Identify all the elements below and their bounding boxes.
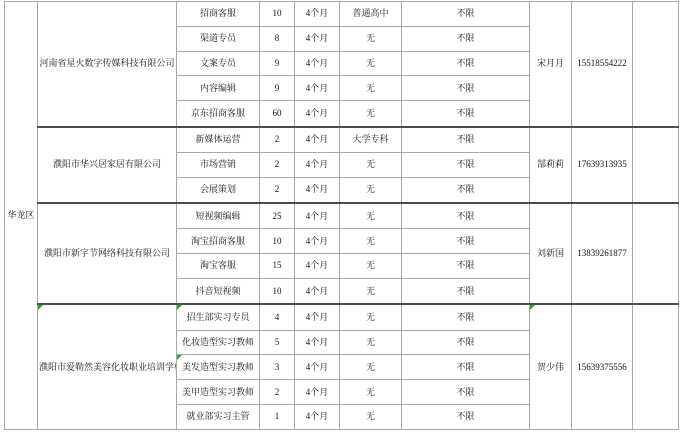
recruitment-table-page: 华龙区 河南省星火数字传媒科技有限公司 招商客服 10 4个月 普通高中 不限 … [0,0,680,432]
cell-duration[interactable]: 4个月 [295,304,340,330]
cell-empty[interactable] [633,203,679,304]
cell-phone[interactable]: 17639313935 [572,127,633,203]
cell-education[interactable]: 无 [340,380,402,405]
cell-position[interactable]: 淘宝招商客服 [177,229,260,254]
cell-district[interactable]: 华龙区 [5,2,38,430]
cell-requirement[interactable]: 不限 [402,76,530,101]
cell-duration[interactable]: 4个月 [295,51,340,76]
cell-count[interactable]: 10 [260,279,295,305]
cell-requirement[interactable]: 不限 [402,304,530,330]
cell-duration[interactable]: 4个月 [295,101,340,127]
table-row: 濮阳市华兴居家居有限公司 新媒体运营 2 4个月 大学专科 不限 郜莉莉 176… [5,127,679,153]
cell-requirement[interactable]: 不限 [402,380,530,405]
recruitment-table: 华龙区 河南省星火数字传媒科技有限公司 招商客服 10 4个月 普通高中 不限 … [4,1,679,430]
cell-duration[interactable]: 4个月 [295,26,340,51]
cell-duration[interactable]: 4个月 [295,177,340,203]
cell-company[interactable]: 濮阳市爱勒然美容化妆职业培训学校 [38,304,177,429]
cell-duration[interactable]: 4个月 [295,380,340,405]
cell-position[interactable]: 文案专员 [177,51,260,76]
cell-duration[interactable]: 4个月 [295,203,340,229]
cell-requirement[interactable]: 不限 [402,330,530,355]
cell-count[interactable]: 9 [260,51,295,76]
cell-education[interactable]: 无 [340,51,402,76]
cell-empty[interactable] [633,304,679,429]
position-title: 美发造型实习教师 [182,362,254,372]
cell-education[interactable]: 无 [340,26,402,51]
cell-contact[interactable]: 贺少伟 [530,304,572,429]
cell-phone[interactable]: 15518554222 [572,2,633,127]
cell-position[interactable]: 美甲造型实习教师 [177,380,260,405]
contact-name: 贺少伟 [537,362,564,372]
cell-requirement[interactable]: 不限 [402,203,530,229]
cell-corner-flag-icon [38,305,43,310]
cell-duration[interactable]: 4个月 [295,127,340,153]
cell-duration[interactable]: 4个月 [295,355,340,380]
cell-education[interactable]: 无 [340,254,402,279]
cell-position[interactable]: 内容编辑 [177,76,260,101]
table-row: 华龙区 河南省星火数字传媒科技有限公司 招商客服 10 4个月 普通高中 不限 … [5,2,679,27]
cell-duration[interactable]: 4个月 [295,2,340,27]
cell-duration[interactable]: 4个月 [295,254,340,279]
cell-requirement[interactable]: 不限 [402,26,530,51]
cell-count[interactable]: 10 [260,229,295,254]
cell-count[interactable]: 2 [260,152,295,177]
cell-education[interactable]: 大学专科 [340,127,402,153]
cell-education[interactable]: 无 [340,279,402,305]
cell-count[interactable]: 60 [260,101,295,127]
table-row: 濮阳市爱勒然美容化妆职业培训学校 招生部实习专员 4 4个月 无 不限 贺少伟 … [5,304,679,330]
cell-count[interactable]: 10 [260,2,295,27]
cell-count[interactable]: 1 [260,405,295,430]
cell-requirement[interactable]: 不限 [402,405,530,430]
cell-corner-flag-icon [177,305,182,310]
cell-position[interactable]: 渠道专员 [177,26,260,51]
cell-education[interactable]: 无 [340,229,402,254]
cell-count[interactable]: 8 [260,26,295,51]
cell-education[interactable]: 无 [340,304,402,330]
cell-position[interactable]: 淘宝客服 [177,254,260,279]
cell-requirement[interactable]: 不限 [402,101,530,127]
cell-requirement[interactable]: 不限 [402,254,530,279]
cell-count[interactable]: 3 [260,355,295,380]
cell-education[interactable]: 无 [340,177,402,203]
cell-count[interactable]: 9 [260,76,295,101]
cell-count[interactable]: 2 [260,127,295,153]
cell-position[interactable]: 招生部实习专员 [177,304,260,330]
cell-position[interactable]: 短视频编辑 [177,203,260,229]
cell-position[interactable]: 会展策划 [177,177,260,203]
cell-count[interactable]: 15 [260,254,295,279]
company-name: 濮阳市爱勒然美容化妆职业培训学校 [39,362,177,372]
cell-education[interactable]: 普通高中 [340,2,402,27]
cell-position[interactable]: 抖音短视频 [177,279,260,305]
cell-contact[interactable]: 宋月月 [530,2,572,127]
cell-duration[interactable]: 4个月 [295,152,340,177]
cell-requirement[interactable]: 不限 [402,152,530,177]
position-title: 招生部实习专员 [186,312,249,322]
cell-empty[interactable] [633,127,679,203]
cell-company[interactable]: 濮阳市华兴居家居有限公司 [38,127,177,203]
cell-corner-flag-icon [530,305,535,310]
cell-company[interactable]: 濮阳市新字节网络科技有限公司 [38,203,177,304]
cell-corner-flag-icon [177,355,182,360]
cell-phone[interactable]: 15639375556 [572,304,633,429]
cell-count[interactable]: 4 [260,304,295,330]
cell-position[interactable]: 新媒体运营 [177,127,260,153]
cell-count[interactable]: 25 [260,203,295,229]
cell-duration[interactable]: 4个月 [295,405,340,430]
cell-duration[interactable]: 4个月 [295,76,340,101]
cell-phone[interactable]: 13839261877 [572,203,633,304]
cell-requirement[interactable]: 不限 [402,229,530,254]
cell-count[interactable]: 5 [260,330,295,355]
cell-requirement[interactable]: 不限 [402,279,530,305]
cell-contact[interactable]: 郜莉莉 [530,127,572,203]
cell-position[interactable]: 京东招商客服 [177,101,260,127]
cell-contact[interactable]: 刘新国 [530,203,572,304]
cell-requirement[interactable]: 不限 [402,177,530,203]
cell-requirement[interactable]: 不限 [402,127,530,153]
cell-duration[interactable]: 4个月 [295,279,340,305]
cell-education[interactable]: 无 [340,101,402,127]
cell-duration[interactable]: 4个月 [295,330,340,355]
cell-duration[interactable]: 4个月 [295,229,340,254]
cell-count[interactable]: 2 [260,177,295,203]
cell-position[interactable]: 招商客服 [177,2,260,27]
cell-position[interactable]: 化妆造型实习教师 [177,330,260,355]
cell-education[interactable]: 无 [340,76,402,101]
cell-education[interactable]: 无 [340,203,402,229]
cell-position[interactable]: 美发造型实习教师 [177,355,260,380]
cell-requirement[interactable]: 不限 [402,355,530,380]
cell-position[interactable]: 就业部实习主管 [177,405,260,430]
cell-education[interactable]: 无 [340,152,402,177]
cell-empty[interactable] [633,2,679,127]
cell-education[interactable]: 无 [340,355,402,380]
cell-requirement[interactable]: 不限 [402,2,530,27]
cell-company[interactable]: 河南省星火数字传媒科技有限公司 [38,2,177,127]
cell-position[interactable]: 市场营销 [177,152,260,177]
cell-count[interactable]: 2 [260,380,295,405]
cell-requirement[interactable]: 不限 [402,51,530,76]
cell-education[interactable]: 无 [340,405,402,430]
table-row: 濮阳市新字节网络科技有限公司 短视频编辑 25 4个月 无 不限 刘新国 138… [5,203,679,229]
cell-education[interactable]: 无 [340,330,402,355]
